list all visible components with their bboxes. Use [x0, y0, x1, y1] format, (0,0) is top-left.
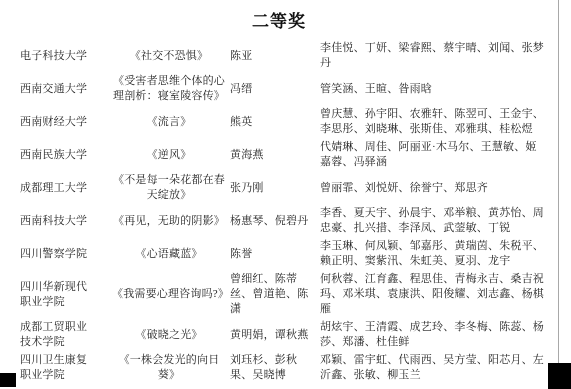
directors-cell: 杨惠琴、倪碧丹: [230, 214, 318, 229]
directors-cell: 黄海燕: [230, 148, 318, 163]
table-row: 西南财经大学 《流言》 熊英 曾庆慧、孙宇阳、农雅轩、陈翌可、王金宇、李思彤、刘…: [20, 106, 545, 139]
work-title-cell: 《破晓之光》: [112, 328, 230, 343]
school-cell: 西南民族大学: [20, 148, 112, 163]
directors-cell: 黄明娟，谭秋燕: [230, 328, 318, 343]
work-title-cell: 《不是每一朵花都在春天绽放》: [112, 173, 230, 203]
table-row: 四川警察学院 《心语藏蓝》 陈誉 李玉琳、何凤颖、邹嘉彤、黄瑞茵、朱税平、赖正明…: [20, 238, 545, 271]
members-cell: 胡炫宇、王清霞、成艺玲、李冬梅、陈蕊、杨莎、郑潘、杜佳鲜: [318, 320, 545, 350]
table-row: 四川华新现代职业学院 《我需要心理咨询吗?》 曾细红、陈蒂丝、曾道艳、陈潇 何秋…: [20, 271, 545, 319]
school-cell: 四川警察学院: [20, 247, 112, 262]
school-cell: 成都理工大学: [20, 181, 112, 196]
work-title-cell: 《一株会发光的向日葵》: [112, 353, 230, 383]
table-row: 西南科技大学 《再见，无助的阴影》 杨惠琴、倪碧丹 李香、夏天宇、孙晨宇、邓举粮…: [20, 205, 545, 238]
directors-cell: 冯缙: [230, 82, 318, 97]
table-row: 四川卫生康复职业学院 《一株会发光的向日葵》 刘珏杉、彭秋果、吴晓博 邓颖、雷宇…: [20, 352, 545, 385]
directors-cell: 陈亚: [230, 49, 318, 64]
directors-cell: 张乃刚: [230, 181, 318, 196]
directors-cell: 曾细红、陈蒂丝、曾道艳、陈潇: [230, 272, 318, 317]
work-title-cell: 《社交不恐惧》: [112, 49, 230, 64]
table-row: 电子科技大学 《社交不恐惧》 陈亚 李佳悦、丁妍、梁睿熙、蔡宇晴、刘闻、张梦丹: [20, 40, 545, 73]
page-edge-line: [558, 0, 559, 389]
members-cell: 李玉琳、何凤颖、邹嘉彤、黄瑞茵、朱税平、赖正明、窦紫汛、朱虹美、夏羽、龙宇: [318, 239, 545, 269]
school-cell: 成都工贸职业技术学院: [20, 320, 112, 350]
school-cell: 西南财经大学: [20, 115, 112, 130]
work-title-cell: 《流言》: [112, 115, 230, 130]
page-title: 二等奖: [0, 7, 558, 32]
school-cell: 西南科技大学: [20, 214, 112, 229]
work-title-cell: 《受害者思维个体的心理剖析：寝室陵容传》: [112, 74, 230, 104]
school-cell: 西南交通大学: [20, 82, 112, 97]
school-cell: 四川华新现代职业学院: [20, 280, 112, 310]
work-title-cell: 《逆风》: [112, 148, 230, 163]
directors-cell: 陈誉: [230, 247, 318, 262]
table-row: 西南民族大学 《逆风》 黄海燕 代婧琳、周佳、阿丽亚·木马尔、王慧敏、姬嘉蓉、冯…: [20, 139, 545, 172]
members-cell: 曾丽霏、刘悦妍、徐誉宁、郑思齐: [318, 181, 545, 196]
school-cell: 电子科技大学: [20, 49, 112, 64]
bottom-left-corner-mark: [0, 373, 16, 387]
work-title-cell: 《我需要心理咨询吗?》: [112, 287, 230, 302]
work-title-cell: 《心语藏蓝》: [112, 247, 230, 262]
bottom-right-corner-mark: [548, 363, 571, 389]
members-cell: 何秋蓉、江育鑫、程思佳、青梅永吉、桑吉祝玛、邓米琪、袁康洪、阳俊耀、刘志鑫、杨棋…: [318, 272, 545, 317]
members-cell: 邓颖、雷宇虹、代雨西、吴方莹、阳芯月、左沂鑫、张敏、柳玉兰: [318, 353, 545, 383]
members-cell: 管笑涵、王暄、昝雨晗: [318, 82, 545, 97]
table-row: 西南交通大学 《受害者思维个体的心理剖析：寝室陵容传》 冯缙 管笑涵、王暄、昝雨…: [20, 73, 545, 106]
members-cell: 代婧琳、周佳、阿丽亚·木马尔、王慧敏、姬嘉蓉、冯驿涵: [318, 140, 545, 170]
members-cell: 曾庆慧、孙宇阳、农雅轩、陈翌可、王金宇、李思彤、刘晓琳、张斯佳、邓雅琪、桂松煜: [318, 107, 545, 137]
award-table: 电子科技大学 《社交不恐惧》 陈亚 李佳悦、丁妍、梁睿熙、蔡宇晴、刘闻、张梦丹 …: [0, 40, 571, 385]
work-title-cell: 《再见，无助的阴影》: [112, 214, 230, 229]
directors-cell: 刘珏杉、彭秋果、吴晓博: [230, 353, 318, 383]
table-row: 成都工贸职业技术学院 《破晓之光》 黄明娟，谭秋燕 胡炫宇、王清霞、成艺玲、李冬…: [20, 319, 545, 352]
members-cell: 李香、夏天宇、孙晨宇、邓举粮、黄苏怡、周忠豪、扎兴措、李泽凤、武蓥敏、丁锐: [318, 206, 545, 236]
members-cell: 李佳悦、丁妍、梁睿熙、蔡宇晴、刘闻、张梦丹: [318, 41, 545, 71]
school-cell: 四川卫生康复职业学院: [20, 353, 112, 383]
table-row: 成都理工大学 《不是每一朵花都在春天绽放》 张乃刚 曾丽霏、刘悦妍、徐誉宁、郑思…: [20, 172, 545, 205]
document-page: 二等奖 电子科技大学 《社交不恐惧》 陈亚 李佳悦、丁妍、梁睿熙、蔡宇晴、刘闻、…: [0, 0, 571, 389]
directors-cell: 熊英: [230, 115, 318, 130]
